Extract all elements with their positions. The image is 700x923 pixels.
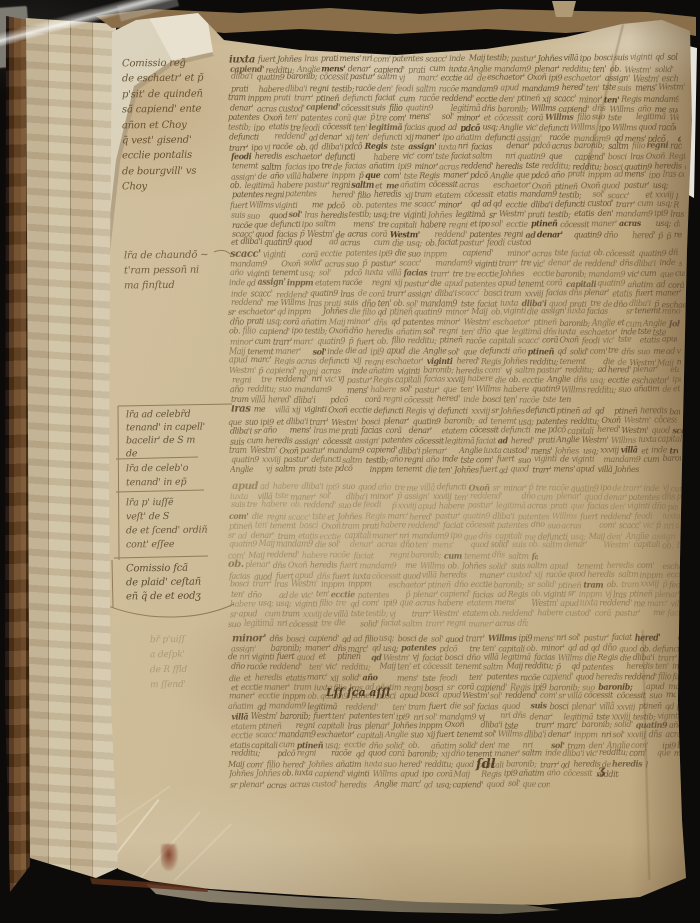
- bold-ink-flourish: Lſſ ſca aſſl: [326, 686, 390, 699]
- manuscript-photo: Comissio reg̃de eschaetr' et p̃p'sit' de…: [0, 0, 700, 923]
- bold-ink-flourish: ſdl: [476, 757, 496, 772]
- bold-ink-flourish: ʒ: [598, 763, 605, 777]
